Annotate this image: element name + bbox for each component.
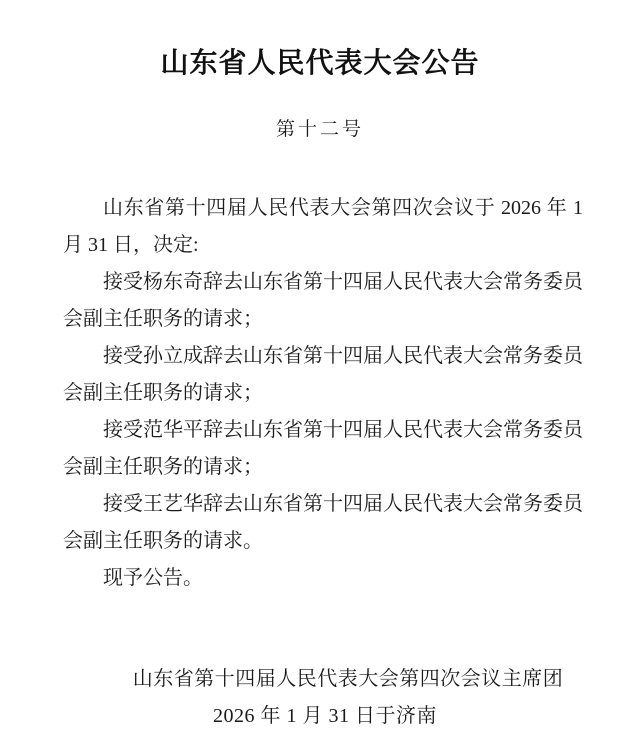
body-paragraph: 接受王艺华辞去山东省第十四届人民代表大会常务委员会副主任职务的请求。 bbox=[63, 486, 583, 560]
body-paragraph: 接受杨东奇辞去山东省第十四届人民代表大会常务委员会副主任职务的请求； bbox=[63, 264, 583, 338]
document-body: 山东省第十四届人民代表大会第四次会议于 2026 年 1 月 31 日，决定: … bbox=[0, 190, 640, 597]
body-paragraph: 山东省第十四届人民代表大会第四次会议于 2026 年 1 月 31 日，决定: bbox=[63, 190, 583, 264]
body-paragraph: 现予公告。 bbox=[63, 560, 583, 597]
document-number: 第十二号 bbox=[0, 118, 640, 142]
body-paragraph: 接受孙立成辞去山东省第十四届人民代表大会常务委员会副主任职务的请求； bbox=[63, 338, 583, 412]
document-footer: 山东省第十四届人民代表大会第四次会议主席团 2026 年 1 月 31 日于济南 bbox=[0, 661, 640, 735]
announcement-document-page: 山东省人民代表大会公告 第十二号 山东省第十四届人民代表大会第四次会议于 202… bbox=[0, 0, 640, 748]
body-paragraph: 接受范华平辞去山东省第十四届人民代表大会常务委员会副主任职务的请求； bbox=[63, 412, 583, 486]
signature-line: 山东省第十四届人民代表大会第四次会议主席团 bbox=[88, 661, 608, 698]
date-place-line: 2026 年 1 月 31 日于济南 bbox=[65, 698, 585, 735]
document-title: 山东省人民代表大会公告 bbox=[0, 0, 640, 80]
